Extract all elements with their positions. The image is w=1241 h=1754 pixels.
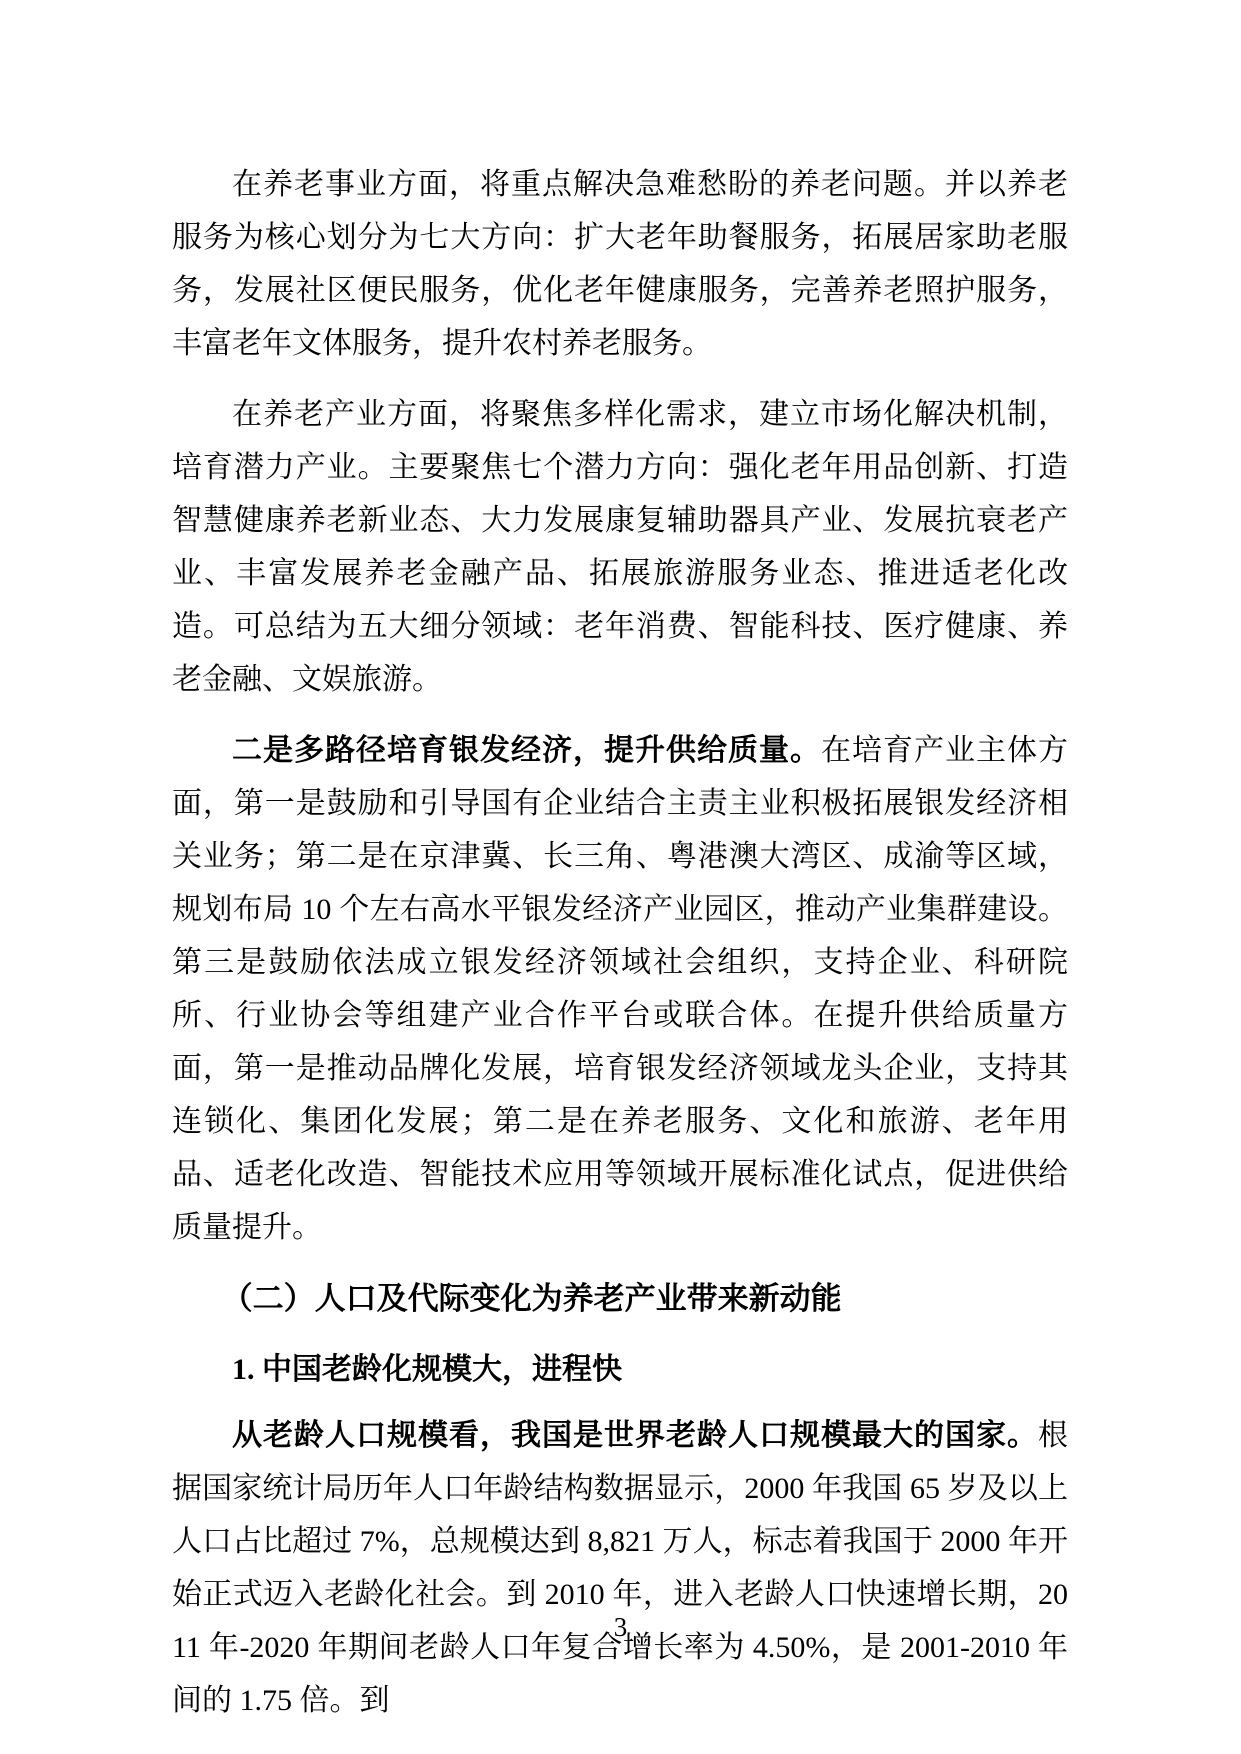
section-heading-population-change: （二）人口及代际变化为养老产业带来新动能	[172, 1272, 1068, 1325]
paragraph-aging-population-body: 根据国家统计局历年人口年龄结构数据显示，2000 年我国 65 岁及以上人口占比…	[172, 1419, 1068, 1717]
paragraph-aging-population: 从老龄人口规模看，我国是世界老龄人口规模最大的国家。根据国家统计局历年人口年龄结…	[172, 1409, 1068, 1727]
paragraph-elderly-industry: 在养老产业方面，将聚焦多样化需求，建立市场化解决机制，培育潜力产业。主要聚焦七个…	[172, 388, 1068, 706]
paragraph-elderly-services: 在养老事业方面，将重点解决急难愁盼的养老问题。并以养老服务为核心划分为七大方向：…	[172, 158, 1068, 370]
sub-heading-aging-scale: 1. 中国老龄化规模大，进程快	[172, 1343, 1068, 1396]
paragraph-silver-economy-body: 在培育产业主体方面，第一是鼓励和引导国有企业结合主责主业积极拓展银发经济相关业务…	[172, 734, 1068, 1244]
document-page: 在养老事业方面，将重点解决急难愁盼的养老问题。并以养老服务为核心划分为七大方向：…	[0, 0, 1241, 1754]
paragraph-silver-economy-lead: 二是多路径培育银发经济，提升供给质量。	[232, 734, 821, 767]
paragraph-silver-economy: 二是多路径培育银发经济，提升供给质量。在培育产业主体方面，第一是鼓励和引导国有企…	[172, 724, 1068, 1254]
paragraph-aging-population-lead: 从老龄人口规模看，我国是世界老龄人口规模最大的国家。	[232, 1419, 1038, 1452]
page-number: 3	[0, 1610, 1241, 1644]
